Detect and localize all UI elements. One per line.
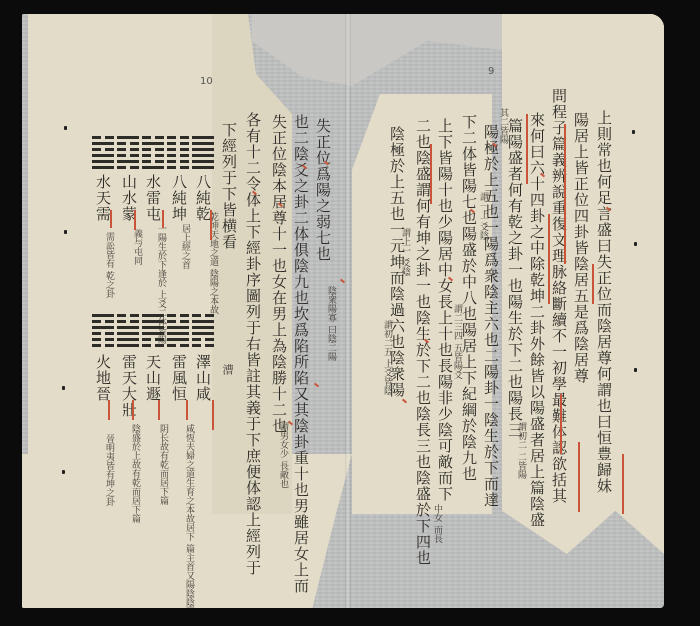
red-sideline [110,210,112,228]
hexagram-dun-icon [142,314,164,350]
text-column: 也二陰爻之卦二体俱陰九也坎爲陷所陷又其陰卦重十也男雖居女上而 [292,114,310,594]
text-column: 失正位爲陽之弱七也 [314,118,332,262]
red-sideline [108,400,110,420]
text-annotation: 謂初二 二皆陽 [516,422,526,462]
text-column: 篇陽盛者何有乾之卦一也陽生於下二也陽長三 [506,118,524,438]
red-sideline [430,144,432,204]
hexagram-note: 咸恆夫婦之道生育之本故居下 篇主首又陽陰陰陽 男先正位陰女居于故居下篇 [184,424,194,554]
red-sideline [158,400,160,420]
margin-mark [632,130,635,134]
red-sideline [622,454,624,514]
text-column: 各有十二令体上下經卦序圖列于右皆註其義于下庶便体認上經列于 [244,112,262,576]
margin-mark [634,242,637,246]
red-sideline [210,210,212,240]
hexagram-name: 火地晉 [94,354,112,402]
text-column: 陽極於上五也一陽爲衆陰主六也二陽卦一陰生於下而達 [482,124,500,508]
hexagram-jin-icon [92,314,114,350]
hexagram-note: 義与屯同 [132,229,142,265]
text-column: 下二体皆陽七也陽盛於中八也陽居上下紀綱於陰九也 [460,114,478,482]
hexagram-note: 需訟皆有 乾之卦 [104,232,114,282]
text-column: 陽居上皆正位四卦皆陰居五是爲陰居尊 [572,112,590,384]
hexagram-qian-icon [192,136,214,172]
red-sideline [134,210,136,230]
red-sideline [526,114,528,184]
hexagram-note: 晉明夷皆有坤之卦 [104,434,114,544]
red-sideline [548,214,550,304]
hexagram-note: 阴长故有乾而居下篇 [158,424,168,534]
text-annotation: 謂男女少 長敵也 [278,422,288,462]
text-annotation: 謂初二五 上爻皆陰 [382,320,392,370]
marginal-label: 漕 [222,364,232,375]
page-number-left: 10 [200,76,213,87]
red-sideline [132,400,134,420]
page-number-right: 9 [488,66,494,77]
hexagram-kun-icon [167,136,189,172]
red-sideline [186,400,188,420]
hexagram-note: 陰盛於上故有乾而居下篇 [130,424,140,544]
center-fold [345,14,351,608]
hexagram-name: 天山遯 [144,354,162,402]
text-annotation: 謂二三四 五皆陽爻 [452,304,462,354]
hexagram-note: 居上經之首 [180,224,190,269]
hexagram-name: 水雷屯 [144,174,162,222]
hexagram-xu-icon [92,136,114,172]
text-annotation: 謂上一 爻陰 [400,228,410,268]
red-sideline [560,394,562,454]
margin-mark [64,230,67,234]
hexagram-zhun-icon [142,136,164,172]
hexagram-name: 澤山咸 [194,354,212,402]
hexagram-name: 雷風恒 [170,354,188,402]
manuscript-sheet: 10 9 八純乾 乾坤天地之道 陰陽之本故 八純坤 居上經之首 水雷屯 一陽生於… [22,14,664,608]
hexagram-meng-icon [117,136,139,172]
hexagram-dazhuang-icon [117,314,139,350]
red-sideline [212,400,214,430]
text-column: 失正位陰本居尊十一也女在男上為陰勝十二也 [270,114,288,434]
red-sideline [578,442,580,512]
red-sideline [162,210,164,228]
hexagram-xian-icon [192,314,214,350]
margin-mark [62,386,65,390]
text-column: 下經列于下皆横看 [220,122,238,250]
hexagram-name: 八純坤 [170,174,188,222]
text-annotation: 其二皆陽 [498,108,508,138]
hexagram-heng-icon [167,314,189,350]
red-sideline [564,124,566,264]
hexagram-name: 雷天大壯 [120,354,138,418]
margin-mark [62,470,65,474]
text-annotation: 陰衆陽寡 曰陰二陽 [326,286,336,346]
hexagram-note: 一陽生於下逢於 上爻二体皆陽 [156,224,166,314]
text-annotation: 謂一上 爻陰 [478,192,488,232]
margin-mark [64,126,67,130]
red-sideline [592,264,594,304]
margin-mark [634,368,637,372]
text-annotation: 中女 而長 [432,504,442,534]
text-column: 上則常也何足言盛曰失正位而陰居尊何謂也曰恒豊歸妹 [595,110,613,494]
